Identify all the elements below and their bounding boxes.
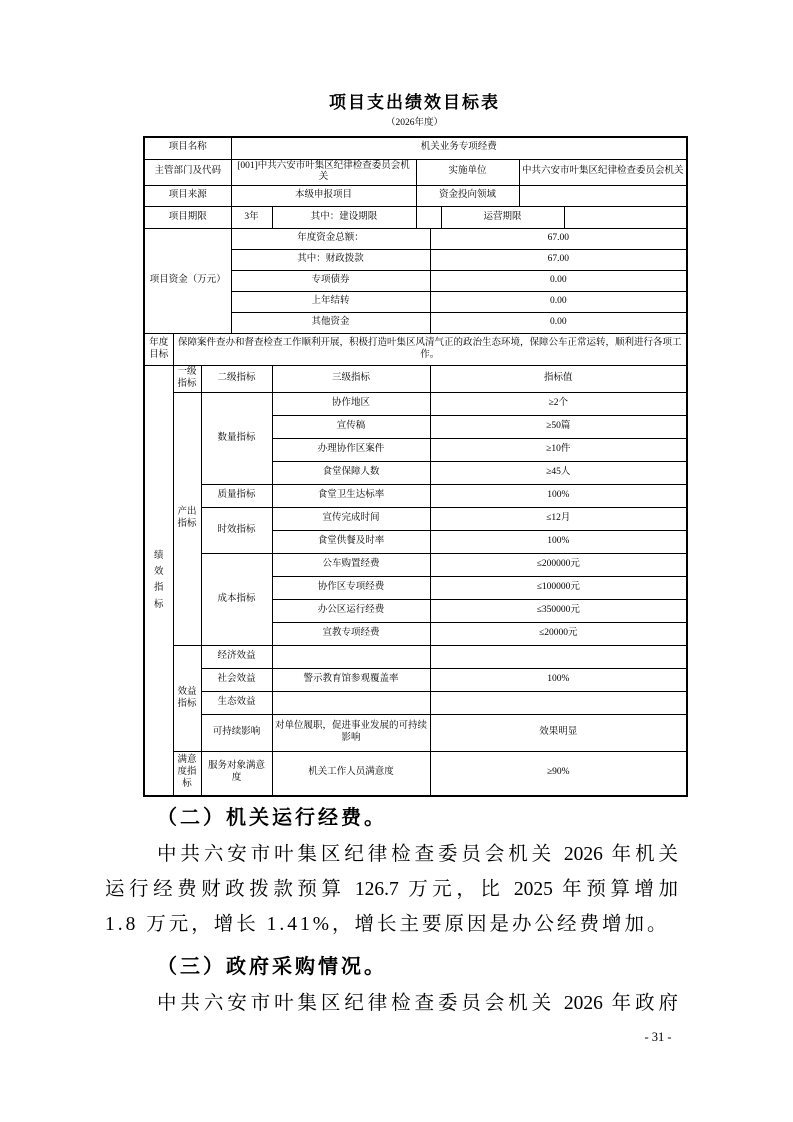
dept-value: [001]中共六安市叶集区纪律检查委员会机关	[231, 159, 416, 186]
indicator-value	[430, 692, 687, 715]
build-period-label: 其中：建设期限	[272, 207, 416, 229]
indicator-row: 质量指标 食堂卫生达标率 100%	[144, 485, 687, 508]
l2-economic: 经济效益	[201, 646, 272, 669]
doc-title: 项目支出绩效目标表	[143, 93, 686, 113]
indicator-row: 效益指标 经济效益	[144, 646, 687, 669]
l3-indicator: 公车购置经费	[272, 554, 430, 577]
header-value: 指标值	[430, 366, 687, 393]
indicator-row: 满意度指标 服务对象满意度 机关工作人员满意度 ≥90%	[144, 752, 687, 796]
indicator-value: 100%	[430, 531, 687, 554]
header-l3: 三级指标	[272, 366, 430, 393]
body-line: 中共六安市叶集区纪律检查委员会机关 2026 年政府	[105, 986, 678, 1021]
row-project-name: 项目名称 机关业务专项经费	[144, 137, 687, 159]
l2-cost: 成本指标	[201, 554, 272, 646]
l2-quantity: 数量指标	[201, 393, 272, 485]
invest-field-value	[519, 186, 687, 207]
l2-sustainable: 可持续影响	[201, 715, 272, 752]
l3-indicator: 食堂保障人数	[272, 462, 430, 485]
indicator-row: 时效指标 宣传完成时间 ≤12月	[144, 508, 687, 531]
indicator-row: 社会效益 警示教育馆参观覆盖率 100%	[144, 669, 687, 692]
project-name-value: 机关业务专项经费	[231, 137, 687, 159]
indicator-row: 成本指标 公车购置经费 ≤200000元	[144, 554, 687, 577]
l2-ecological: 生态效益	[201, 692, 272, 715]
indicator-value: ≥90%	[430, 752, 687, 796]
l3-indicator: 对单位履职，促进事业发展的可持续影响	[272, 715, 430, 752]
indicator-row: 可持续影响 对单位履职，促进事业发展的可持续影响 效果明显	[144, 715, 687, 752]
fund-item-label: 专项债券	[231, 271, 430, 292]
indicator-value: 100%	[430, 669, 687, 692]
l3-indicator: 食堂卫生达标率	[272, 485, 430, 508]
indicator-value	[430, 646, 687, 669]
fund-item-label: 年度资金总额：	[231, 229, 430, 250]
l3-indicator: 协作区专项经费	[272, 577, 430, 600]
row-period: 项目期限 3年 其中：建设期限 运营期限	[144, 207, 687, 229]
l2-service-satisfaction: 服务对象满意度	[201, 752, 272, 796]
l3-indicator	[272, 692, 430, 715]
fund-item-value: 0.00	[430, 271, 687, 292]
l3-indicator: 宣传稿	[272, 416, 430, 439]
fund-item-label: 上年结转	[231, 292, 430, 313]
period-label: 项目期限	[144, 207, 231, 229]
l2-timeliness: 时效指标	[201, 508, 272, 554]
row-fund-total: 项目资金（万元） 年度资金总额： 67.00	[144, 229, 687, 250]
project-name-label: 项目名称	[144, 137, 231, 159]
l3-indicator: 宣传完成时间	[272, 508, 430, 531]
dept-label: 主管部门及代码	[144, 159, 231, 186]
indicator-value: ≤12月	[430, 508, 687, 531]
fund-item-value: 0.00	[430, 292, 687, 313]
goal-text: 保障案件查办和督查检查工作顺利开展，积极打造叶集区风清气正的政治生态环境，保障公…	[173, 334, 687, 366]
oper-period-label: 运营期限	[441, 207, 564, 229]
indicator-value: ≥45人	[430, 462, 687, 485]
l3-indicator: 警示教育馆参观覆盖率	[272, 669, 430, 692]
table-section: 项目支出绩效目标表 （2026年度） 项目名称 机关业务专项经费 主管部门及代码…	[143, 0, 686, 797]
build-period-value	[416, 207, 441, 229]
fund-item-value: 67.00	[430, 229, 687, 250]
l3-indicator: 协作地区	[272, 393, 430, 416]
body-text-section: （二）机关运行经费。 中共六安市叶集区纪律检查委员会机关 2026 年机关 运行…	[105, 793, 678, 1021]
impl-unit-value: 中共六安市叶集区纪律检查委员会机关	[519, 159, 687, 186]
indicator-value: ≥2个	[430, 393, 687, 416]
row-indicator-header: 绩效指标 一级指标 二级指标 三级指标 指标值	[144, 366, 687, 393]
l1-output: 产出指标	[173, 393, 201, 646]
header-l1: 一级指标	[173, 366, 201, 393]
section-heading-2: （二）机关运行经费。	[105, 805, 678, 831]
l3-indicator: 办理协作区案件	[272, 439, 430, 462]
indicator-value: ≥10件	[430, 439, 687, 462]
oper-period-value	[564, 207, 687, 229]
source-value: 本级申报项目	[231, 186, 416, 207]
row-department: 主管部门及代码 [001]中共六安市叶集区纪律检查委员会机关 实施单位 中共六安…	[144, 159, 687, 186]
fund-item-value: 67.00	[430, 250, 687, 271]
perf-indicator-side-label: 绩效指标	[144, 366, 173, 796]
doc-subtitle: （2026年度）	[143, 117, 686, 130]
l3-indicator	[272, 646, 430, 669]
section-heading-3: （三）政府采购情况。	[105, 954, 678, 980]
l1-benefit: 效益指标	[173, 646, 201, 752]
indicator-value: ≥50篇	[430, 416, 687, 439]
indicator-value: ≤20000元	[430, 623, 687, 646]
row-annual-goal: 年度目标 保障案件查办和督查检查工作顺利开展，积极打造叶集区风清气正的政治生态环…	[144, 334, 687, 366]
l3-indicator: 机关工作人员满意度	[272, 752, 430, 796]
fund-item-label: 其中：财政拨款	[231, 250, 430, 271]
indicator-value: ≤100000元	[430, 577, 687, 600]
l3-indicator: 办公区运行经费	[272, 600, 430, 623]
l3-indicator: 宣教专项经费	[272, 623, 430, 646]
document-page: 项目支出绩效目标表 （2026年度） 项目名称 机关业务专项经费 主管部门及代码…	[0, 0, 793, 1122]
indicator-value: 100%	[430, 485, 687, 508]
period-value: 3年	[231, 207, 272, 229]
fund-item-label: 其他资金	[231, 313, 430, 334]
indicator-value: 效果明显	[430, 715, 687, 752]
invest-field-label: 资金投向领域	[416, 186, 519, 207]
performance-target-table: 项目名称 机关业务专项经费 主管部门及代码 [001]中共六安市叶集区纪律检查委…	[143, 136, 688, 797]
indicator-value: ≤200000元	[430, 554, 687, 577]
page-number: - 31 -	[600, 1030, 716, 1045]
impl-unit-label: 实施单位	[416, 159, 519, 186]
l3-indicator: 食堂供餐及时率	[272, 531, 430, 554]
row-source: 项目来源 本级申报项目 资金投向领域	[144, 186, 687, 207]
indicator-value: ≤350000元	[430, 600, 687, 623]
fund-item-value: 0.00	[430, 313, 687, 334]
header-l2: 二级指标	[201, 366, 272, 393]
indicator-row: 产出指标 数量指标 协作地区 ≥2个	[144, 393, 687, 416]
l1-satisfaction: 满意度指标	[173, 752, 201, 796]
source-label: 项目来源	[144, 186, 231, 207]
funds-label: 项目资金（万元）	[144, 229, 231, 334]
body-line: 1.8 万元，增长 1.41%，增长主要原因是办公经费增加。	[105, 907, 678, 942]
indicator-row: 生态效益	[144, 692, 687, 715]
goal-label: 年度目标	[144, 334, 173, 366]
l2-quality: 质量指标	[201, 485, 272, 508]
body-line: 运行经费财政拨款预算 126.7 万元，比 2025 年预算增加	[105, 872, 678, 907]
body-line: 中共六安市叶集区纪律检查委员会机关 2026 年机关	[105, 837, 678, 872]
l2-social: 社会效益	[201, 669, 272, 692]
